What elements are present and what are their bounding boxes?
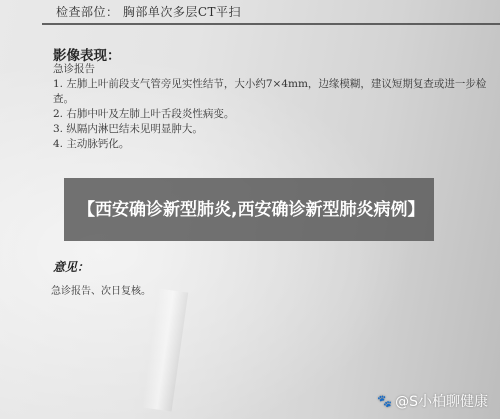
exam-value: 胸部单次多层CT平扫 (123, 5, 241, 19)
findings-line: 急诊报告 (53, 62, 473, 77)
banner-title: 【西安确诊新型肺炎,西安确诊新型肺炎病例】 (78, 197, 420, 223)
findings-body: 急诊报告 1. 左肺上叶前段支气管旁见实性结节，大小约7×4mm，边缘模糊，建议… (53, 62, 473, 152)
exam-location: 检查部位： 胸部单次多层CT平扫 (56, 3, 241, 20)
findings-line: 1. 左肺上叶前段支气管旁见实性结节，大小约7×4mm，边缘模糊，建议短期复查或… (53, 77, 473, 92)
opinion-text: 急诊报告、次日复核。 (51, 282, 151, 297)
findings-line: 2. 右肺中叶及左肺上叶舌段炎性病变。 (53, 107, 473, 122)
paw-icon: 🐾 (377, 394, 392, 408)
watermark-text: @S小柏聊健康 (395, 391, 488, 411)
exam-label: 检查部位： (56, 5, 119, 19)
findings-title: 影像表现： (53, 44, 121, 64)
findings-line: 查。 (53, 92, 473, 107)
watermark: 🐾 @S小柏聊健康 (377, 391, 488, 411)
opinion-title: 意见： (53, 258, 89, 275)
title-banner: 【西安确诊新型肺炎,西安确诊新型肺炎病例】 (64, 178, 434, 241)
divider-line (42, 23, 500, 25)
findings-line: 3. 纵隔内淋巴结未见明显肿大。 (53, 122, 473, 137)
findings-line: 4. 主动脉钙化。 (53, 137, 473, 152)
